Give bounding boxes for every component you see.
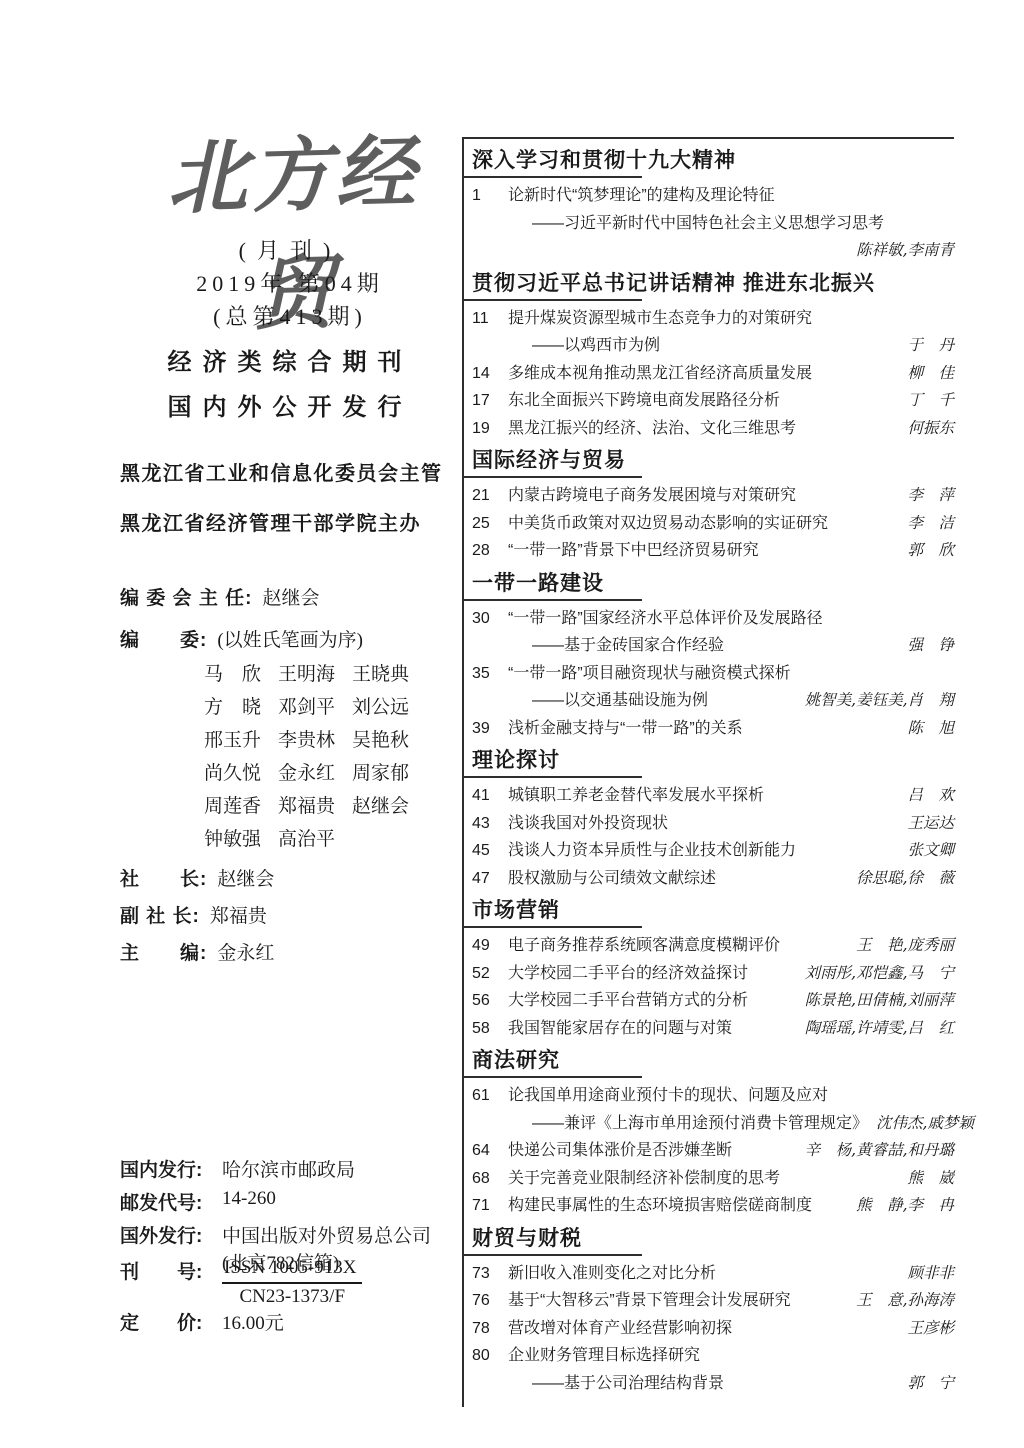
toc-entry: 41 城镇职工养老金替代率发展水平探析 吕 欢: [472, 782, 954, 810]
toc-section: 一带一路建设 30 “一带一路”国家经济水平总体评价及发展路径 ——基于金砖国家…: [472, 570, 954, 743]
toc-entry-main-row: 52 大学校园二手平台的经济效益探讨 刘雨彤,邓恺鑫,马 宁: [472, 960, 954, 988]
toc-entry-page-number: 39: [472, 715, 508, 743]
editorial-members-grid: 马 欣 王明海 王晓典 方 晓 邓剑平 刘公远 邢玉升 李贵林 吴艳秋 尚久悦 …: [204, 663, 444, 852]
toc-entry-title: 内蒙古跨境电子商务发展困境与对策研究: [508, 482, 796, 510]
toc-entry-title: 浅谈我国对外投资现状: [508, 810, 668, 838]
toc-entry-authors: 郭 欣: [899, 537, 954, 565]
issn-label: 刊 号:: [120, 1257, 212, 1284]
toc-entry-authors: 熊 崴: [899, 1165, 954, 1193]
issn-number: ISSN 1005-913X: [222, 1257, 362, 1284]
toc-entry-title: 黑龙江振兴的经济、法治、文化三维思考: [508, 415, 796, 443]
toc-entry-page-number: 28: [472, 537, 508, 565]
toc-entry-page-number: 41: [472, 782, 508, 810]
journal-category-line1: 经济类综合期刊: [120, 342, 460, 377]
issn-cn-fraction: ISSN 1005-913X CN23-1373/F: [222, 1257, 362, 1308]
toc-entry-page-number: 25: [472, 510, 508, 538]
toc-entry-list: 41 城镇职工养老金替代率发展水平探析 吕 欢 43 浅谈我国对外投资现状 王运…: [472, 782, 954, 892]
toc-entry-sub-authors: 强 铮: [899, 632, 954, 660]
toc-entry-authors: 陶瑶瑶,许靖雯,吕 红: [797, 1015, 954, 1043]
toc-entry: 30 “一带一路”国家经济水平总体评价及发展路径 ——基于金砖国家合作经验 强 …: [472, 605, 954, 660]
toc-section-heading: 深入学习和贯彻十九大精神: [472, 147, 954, 174]
toc-entry-title: 城镇职工养老金替代率发展水平探析: [508, 782, 764, 810]
board-member: 郑福贵: [278, 795, 352, 819]
journal-contents-page: { "colors": { "logo_gray": "#5e5e5e", "t…: [0, 0, 1024, 1448]
toc-section-underline: [464, 1076, 642, 1078]
toc-entry-title: 股权激励与公司绩效文献综述: [508, 865, 716, 893]
toc-entry-own-authors: 陈祥敏,李南青: [848, 237, 954, 265]
toc-section-heading: 国际经济与贸易: [472, 447, 954, 474]
toc-entry-authors: 辛 杨,黄睿喆,和丹璐: [797, 1137, 954, 1165]
price-value: 16.00元: [222, 1308, 284, 1335]
toc-section-heading: 财贸与财税: [472, 1225, 954, 1252]
domestic-distribution-label: 国内发行:: [120, 1155, 212, 1182]
toc-entry-main-row: 76 基于“大智移云”背景下管理会计发展研究 王 意,孙海涛: [472, 1287, 954, 1315]
journal-category-line2: 国内外公开发行: [120, 387, 460, 422]
toc-entry-main-row: 21 内蒙古跨境电子商务发展困境与对策研究 李 萍: [472, 482, 954, 510]
toc-entry-subtitle: ——基于公司治理结构背景: [532, 1370, 724, 1398]
toc-entry-main-row: 30 “一带一路”国家经济水平总体评价及发展路径: [472, 605, 954, 633]
journal-logo: 北方经贸: [125, 112, 462, 239]
toc-section-underline: [464, 176, 642, 178]
toc-section: 市场营销 49 电子商务推荐系统顾客满意度模糊评价 王 艳,庞秀丽 52 大学校…: [472, 897, 954, 1042]
toc-entry: 78 营改增对体育产业经营影响初探 王彦彬: [472, 1315, 954, 1343]
toc-entry-title: 浅析金融支持与“一带一路”的关系: [508, 715, 743, 743]
toc-entry-subtitle: ——以鸡西市为例: [532, 332, 660, 360]
toc-entry: 68 关于完善竞业限制经济补偿制度的思考 熊 崴: [472, 1165, 954, 1193]
toc-entry-title: 我国智能家居存在的问题与对策: [508, 1015, 732, 1043]
toc-entry: 35 “一带一路”项目融资现状与融资模式探析 ——以交通基础设施为例 姚智美,姜…: [472, 660, 954, 715]
president-row: 社 长:赵继会: [120, 864, 274, 891]
postal-code-label: 邮发代号:: [120, 1188, 212, 1215]
toc-entry-sub-row: ——以交通基础设施为例 姚智美,姜钰美,肖 翔: [472, 687, 954, 715]
toc-entry-authors: 柳 佳: [899, 360, 954, 388]
editorial-director-label: 编 委 会 主 任:: [120, 588, 252, 609]
toc-entry-title: 快递公司集体涨价是否涉嫌垄断: [508, 1137, 732, 1165]
toc-entry-sub-row: ——基于公司治理结构背景 郭 宁: [472, 1370, 954, 1398]
cn-number: CN23-1373/F: [222, 1284, 362, 1308]
toc-entry-authors: 徐思聪,徐 薇: [848, 865, 954, 893]
toc-entry-authors: 陈 旭: [899, 715, 954, 743]
toc-entry-title: “一带一路”国家经济水平总体评价及发展路径: [508, 605, 823, 633]
toc-entry-title: 关于完善竞业限制经济补偿制度的思考: [508, 1165, 780, 1193]
toc-entry: 58 我国智能家居存在的问题与对策 陶瑶瑶,许靖雯,吕 红: [472, 1015, 954, 1043]
issn-row: 刊 号: ISSN 1005-913X CN23-1373/F: [120, 1257, 362, 1308]
toc-section-heading: 理论探讨: [472, 747, 954, 774]
toc-entry-main-row: 78 营改增对体育产业经营影响初探 王彦彬: [472, 1315, 954, 1343]
toc-section-heading: 市场营销: [472, 897, 954, 924]
toc-entry-title: 大学校园二手平台营销方式的分析: [508, 987, 748, 1015]
toc-entry-list: 21 内蒙古跨境电子商务发展困境与对策研究 李 萍 25 中美货币政策对双边贸易…: [472, 482, 954, 565]
toc-entry-title: “一带一路”项目融资现状与融资模式探析: [508, 660, 791, 688]
toc-entry-page-number: 17: [472, 387, 508, 415]
price-label: 定 价:: [120, 1308, 212, 1335]
toc-entry-main-row: 47 股权激励与公司绩效文献综述 徐思聪,徐 薇: [472, 865, 954, 893]
board-member: 赵继会: [352, 795, 426, 819]
board-member: 钟敏强: [204, 828, 278, 852]
toc-section: 财贸与财税 73 新旧收入准则变化之对比分析 顾非非 76 基于“大智移云”背景…: [472, 1225, 954, 1398]
vice-president-name: 郑福贵: [210, 906, 267, 927]
toc-section: 深入学习和贯彻十九大精神 1 论新时代“筑梦理论”的建构及理论特征 ——习近平新…: [472, 147, 954, 265]
toc-entry-main-row: 64 快递公司集体涨价是否涉嫌垄断 辛 杨,黄睿喆,和丹璐: [472, 1137, 954, 1165]
domestic-distribution-row: 国内发行: 哈尔滨市邮政局: [120, 1155, 355, 1182]
toc-entry-main-row: 56 大学校园二手平台营销方式的分析 陈景艳,田倩楠,刘丽萍: [472, 987, 954, 1015]
toc-entry-authors: 王彦彬: [899, 1315, 954, 1343]
toc-entry-page-number: 56: [472, 987, 508, 1015]
chief-editor-name: 金永红: [217, 943, 274, 964]
toc-entry: 19 黑龙江振兴的经济、法治、文化三维思考 何振东: [472, 415, 954, 443]
toc-entry: 52 大学校园二手平台的经济效益探讨 刘雨彤,邓恺鑫,马 宁: [472, 960, 954, 988]
toc-entry-title: 论新时代“筑梦理论”的建构及理论特征: [508, 182, 775, 210]
toc-entry-main-row: 11 提升煤炭资源型城市生态竞争力的对策研究: [472, 305, 954, 333]
toc-entry-page-number: 71: [472, 1192, 508, 1220]
toc-entry-main-row: 71 构建民事属性的生态环境损害赔偿磋商制度 熊 静,李 冉: [472, 1192, 954, 1220]
toc-entry-page-number: 80: [472, 1342, 508, 1370]
toc-section-underline: [464, 776, 642, 778]
toc-entry-title: 构建民事属性的生态环境损害赔偿磋商制度: [508, 1192, 812, 1220]
toc-section: 国际经济与贸易 21 内蒙古跨境电子商务发展困境与对策研究 李 萍 25 中美货…: [472, 447, 954, 565]
table-of-contents: 深入学习和贯彻十九大精神 1 论新时代“筑梦理论”的建构及理论特征 ——习近平新…: [462, 137, 954, 1407]
chief-editor-label: 主 编:: [120, 943, 207, 964]
toc-entry-list: 1 论新时代“筑梦理论”的建构及理论特征 ——习近平新时代中国特色社会主义思想学…: [472, 182, 954, 265]
toc-entry-main-row: 68 关于完善竞业限制经济补偿制度的思考 熊 崴: [472, 1165, 954, 1193]
toc-entry-page-number: 49: [472, 932, 508, 960]
toc-entry-authors: 王 艳,庞秀丽: [848, 932, 954, 960]
toc-entry: 21 内蒙古跨境电子商务发展困境与对策研究 李 萍: [472, 482, 954, 510]
toc-entry: 64 快递公司集体涨价是否涉嫌垄断 辛 杨,黄睿喆,和丹璐: [472, 1137, 954, 1165]
president-label: 社 长:: [120, 869, 207, 890]
vice-president-label: 副 社 长:: [120, 906, 200, 927]
toc-entry-authors: 李 洁: [899, 510, 954, 538]
board-member: 李贵林: [278, 729, 352, 753]
toc-entry-page-number: 35: [472, 660, 508, 688]
toc-entry-sub-authors: 于 丹: [899, 332, 954, 360]
toc-entry-subtitle: ——兼评《上海市单用途预付消费卡管理规定》: [532, 1110, 868, 1138]
toc-entry-title: 多维成本视角推动黑龙江省经济高质量发展: [508, 360, 812, 388]
toc-section-underline: [464, 599, 642, 601]
toc-entry: 71 构建民事属性的生态环境损害赔偿磋商制度 熊 静,李 冉: [472, 1192, 954, 1220]
toc-entry-authors: 熊 静,李 冉: [848, 1192, 954, 1220]
toc-entry-main-row: 35 “一带一路”项目融资现状与融资模式探析: [472, 660, 954, 688]
board-member: 刘公远: [352, 696, 426, 720]
toc-section-heading: 一带一路建设: [472, 570, 954, 597]
toc-entry-main-row: 43 浅谈我国对外投资现状 王运达: [472, 810, 954, 838]
toc-entry-authors: 李 萍: [899, 482, 954, 510]
domestic-distribution-value: 哈尔滨市邮政局: [222, 1155, 355, 1182]
toc-entry-authors: 王 意,孙海涛: [848, 1287, 954, 1315]
chief-editor-row: 主 编:金永红: [120, 938, 274, 965]
toc-entry-page-number: 1: [472, 182, 508, 210]
vice-president-row: 副 社 长:郑福贵: [120, 901, 267, 928]
toc-entry: 11 提升煤炭资源型城市生态竞争力的对策研究 ——以鸡西市为例 于 丹: [472, 305, 954, 360]
toc-entry-title: 基于“大智移云”背景下管理会计发展研究: [508, 1287, 791, 1315]
toc-entry-authors: 刘雨彤,邓恺鑫,马 宁: [797, 960, 954, 988]
toc-entry-main-row: 61 论我国单用途商业预付卡的现状、问题及应对: [472, 1082, 954, 1110]
toc-entry-subtitle: ——习近平新时代中国特色社会主义思想学习思考: [532, 210, 884, 238]
toc-entry-page-number: 43: [472, 810, 508, 838]
board-member: 吴艳秋: [352, 729, 426, 753]
toc-entry-title: “一带一路”背景下中巴经济贸易研究: [508, 537, 759, 565]
board-member: 金永红: [278, 762, 352, 786]
toc-entry: 43 浅谈我国对外投资现状 王运达: [472, 810, 954, 838]
toc-entry-page-number: 73: [472, 1260, 508, 1288]
toc-entry-title: 营改增对体育产业经营影响初探: [508, 1315, 732, 1343]
editorial-director-row: 编 委 会 主 任:赵继会: [120, 583, 319, 610]
toc-entry: 76 基于“大智移云”背景下管理会计发展研究 王 意,孙海涛: [472, 1287, 954, 1315]
toc-entry-main-row: 17 东北全面振兴下跨境电商发展路径分析 丁 千: [472, 387, 954, 415]
toc-entry: 47 股权激励与公司绩效文献综述 徐思聪,徐 薇: [472, 865, 954, 893]
toc-section-underline: [464, 476, 642, 478]
board-member: 周莲香: [204, 795, 278, 819]
toc-entry-authors: 何振东: [899, 415, 954, 443]
board-member: 高治平: [278, 828, 352, 852]
toc-entry: 73 新旧收入准则变化之对比分析 顾非非: [472, 1260, 954, 1288]
toc-entry-authors: 王运达: [899, 810, 954, 838]
toc-entry-sub-authors: 沈伟杰,戚梦颖: [868, 1110, 974, 1138]
board-member: 马 欣: [204, 663, 278, 687]
toc-entry-page-number: 47: [472, 865, 508, 893]
toc-entry-sub-authors: 姚智美,姜钰美,肖 翔: [797, 687, 954, 715]
board-member: 尚久悦: [204, 762, 278, 786]
journal-organizer: 黑龙江省经济管理干部学院主办: [120, 507, 421, 536]
toc-entry: 28 “一带一路”背景下中巴经济贸易研究 郭 欣: [472, 537, 954, 565]
toc-entry-authors: 丁 千: [899, 387, 954, 415]
toc-entry-author-row: 陈祥敏,李南青: [472, 237, 954, 265]
toc-entry: 49 电子商务推荐系统顾客满意度模糊评价 王 艳,庞秀丽: [472, 932, 954, 960]
board-member: 王明海: [278, 663, 352, 687]
toc-entry-list: 30 “一带一路”国家经济水平总体评价及发展路径 ——基于金砖国家合作经验 强 …: [472, 605, 954, 743]
toc-section-underline: [464, 1254, 642, 1256]
toc-entry-page-number: 64: [472, 1137, 508, 1165]
toc-entry-title: 浅谈人力资本异质性与企业技术创新能力: [508, 837, 796, 865]
board-member: 邢玉升: [204, 729, 278, 753]
postal-code-value: 14-260: [222, 1188, 276, 1215]
toc-entry-list: 49 电子商务推荐系统顾客满意度模糊评价 王 艳,庞秀丽 52 大学校园二手平台…: [472, 932, 954, 1042]
journal-supervisor: 黑龙江省工业和信息化委员会主管: [120, 457, 443, 486]
journal-cumulative-issue: (总第413期): [120, 300, 460, 331]
toc-entry-main-row: 39 浅析金融支持与“一带一路”的关系 陈 旭: [472, 715, 954, 743]
board-member: 王晓典: [352, 663, 426, 687]
toc-entry-page-number: 52: [472, 960, 508, 988]
editorial-committee-note: (以姓氏笔画为序): [217, 630, 363, 651]
toc-entry: 1 论新时代“筑梦理论”的建构及理论特征 ——习近平新时代中国特色社会主义思想学…: [472, 182, 954, 265]
journal-issue-number: 2019年 第04期: [120, 267, 460, 298]
toc-section-heading: 贯彻习近平总书记讲话精神 推进东北振兴: [472, 270, 954, 297]
toc-entry-title: 新旧收入准则变化之对比分析: [508, 1260, 716, 1288]
toc-entry-main-row: 41 城镇职工养老金替代率发展水平探析 吕 欢: [472, 782, 954, 810]
toc-section-underline: [464, 926, 642, 928]
editorial-committee-row: 编 委:(以姓氏笔画为序): [120, 625, 363, 652]
toc-entry-list: 11 提升煤炭资源型城市生态竞争力的对策研究 ——以鸡西市为例 于 丹 14 多…: [472, 305, 954, 443]
toc-entry-page-number: 58: [472, 1015, 508, 1043]
toc-entry: 17 东北全面振兴下跨境电商发展路径分析 丁 千: [472, 387, 954, 415]
toc-section: 贯彻习近平总书记讲话精神 推进东北振兴 11 提升煤炭资源型城市生态竞争力的对策…: [472, 270, 954, 443]
board-member: 邓剑平: [278, 696, 352, 720]
toc-entry-title: 提升煤炭资源型城市生态竞争力的对策研究: [508, 305, 812, 333]
toc-entry-page-number: 19: [472, 415, 508, 443]
toc-entry-page-number: 21: [472, 482, 508, 510]
board-member: 方 晓: [204, 696, 278, 720]
toc-entry-main-row: 58 我国智能家居存在的问题与对策 陶瑶瑶,许靖雯,吕 红: [472, 1015, 954, 1043]
toc-entry-sub-row: ——以鸡西市为例 于 丹: [472, 332, 954, 360]
toc-entry-authors: 陈景艳,田倩楠,刘丽萍: [797, 987, 954, 1015]
toc-entry-list: 73 新旧收入准则变化之对比分析 顾非非 76 基于“大智移云”背景下管理会计发…: [472, 1260, 954, 1398]
toc-entry-authors: 顾非非: [899, 1260, 954, 1288]
toc-entry-page-number: 78: [472, 1315, 508, 1343]
board-member: 周家郁: [352, 762, 426, 786]
toc-entry-sub-row: ——兼评《上海市单用途预付消费卡管理规定》 沈伟杰,戚梦颖: [472, 1110, 954, 1138]
toc-entry-main-row: 1 论新时代“筑梦理论”的建构及理论特征: [472, 182, 954, 210]
toc-entry-authors: 吕 欢: [899, 782, 954, 810]
toc-entry-page-number: 30: [472, 605, 508, 633]
toc-entry-subtitle: ——以交通基础设施为例: [532, 687, 708, 715]
toc-entry-title: 中美货币政策对双边贸易动态影响的实证研究: [508, 510, 828, 538]
president-name: 赵继会: [217, 869, 274, 890]
toc-entry-main-row: 25 中美货币政策对双边贸易动态影响的实证研究 李 洁: [472, 510, 954, 538]
toc-entry-main-row: 49 电子商务推荐系统顾客满意度模糊评价 王 艳,庞秀丽: [472, 932, 954, 960]
foreign-distributor: 中国出版对外贸易总公司: [222, 1226, 431, 1247]
toc-section: 商法研究 61 论我国单用途商业预付卡的现状、问题及应对 ——兼评《上海市单用途…: [472, 1047, 954, 1220]
toc-section: 理论探讨 41 城镇职工养老金替代率发展水平探析 吕 欢 43 浅谈我国对外投资…: [472, 747, 954, 892]
toc-entry-main-row: 45 浅谈人力资本异质性与企业技术创新能力 张文卿: [472, 837, 954, 865]
toc-entry-page-number: 68: [472, 1165, 508, 1193]
toc-section-heading: 商法研究: [472, 1047, 954, 1074]
toc-entry: 25 中美货币政策对双边贸易动态影响的实证研究 李 洁: [472, 510, 954, 538]
editorial-committee-label: 编 委:: [120, 630, 207, 651]
toc-entry-main-row: 19 黑龙江振兴的经济、法治、文化三维思考 何振东: [472, 415, 954, 443]
toc-entry-subtitle: ——基于金砖国家合作经验: [532, 632, 724, 660]
price-row: 定 价: 16.00元: [120, 1308, 284, 1335]
toc-entry-sub-row: ——习近平新时代中国特色社会主义思想学习思考: [472, 210, 954, 238]
toc-entry-sub-authors: 郭 宁: [899, 1370, 954, 1398]
toc-entry: 14 多维成本视角推动黑龙江省经济高质量发展 柳 佳: [472, 360, 954, 388]
toc-entry-main-row: 14 多维成本视角推动黑龙江省经济高质量发展 柳 佳: [472, 360, 954, 388]
toc-entry: 45 浅谈人力资本异质性与企业技术创新能力 张文卿: [472, 837, 954, 865]
toc-entry: 61 论我国单用途商业预付卡的现状、问题及应对 ——兼评《上海市单用途预付消费卡…: [472, 1082, 954, 1137]
editorial-director-name: 赵继会: [262, 588, 319, 609]
toc-entry-page-number: 14: [472, 360, 508, 388]
toc-section-underline: [464, 299, 642, 301]
toc-entry-page-number: 45: [472, 837, 508, 865]
toc-entry: 39 浅析金融支持与“一带一路”的关系 陈 旭: [472, 715, 954, 743]
toc-entry-main-row: 73 新旧收入准则变化之对比分析 顾非非: [472, 1260, 954, 1288]
toc-entry-main-row: 28 “一带一路”背景下中巴经济贸易研究 郭 欣: [472, 537, 954, 565]
toc-entry-title: 大学校园二手平台的经济效益探讨: [508, 960, 748, 988]
toc-entry-page-number: 11: [472, 305, 508, 333]
toc-entry-title: 电子商务推荐系统顾客满意度模糊评价: [508, 932, 780, 960]
toc-entry-title: 企业财务管理目标选择研究: [508, 1342, 700, 1370]
toc-entry-title: 论我国单用途商业预付卡的现状、问题及应对: [508, 1082, 828, 1110]
toc-entry-authors: 张文卿: [899, 837, 954, 865]
toc-entry: 56 大学校园二手平台营销方式的分析 陈景艳,田倩楠,刘丽萍: [472, 987, 954, 1015]
toc-entry-main-row: 80 企业财务管理目标选择研究: [472, 1342, 954, 1370]
postal-code-row: 邮发代号: 14-260: [120, 1188, 276, 1215]
toc-entry-page-number: 76: [472, 1287, 508, 1315]
journal-frequency: (月刊): [120, 234, 460, 265]
toc-entry: 80 企业财务管理目标选择研究 ——基于公司治理结构背景 郭 宁: [472, 1342, 954, 1397]
toc-entry-list: 61 论我国单用途商业预付卡的现状、问题及应对 ——兼评《上海市单用途预付消费卡…: [472, 1082, 954, 1220]
toc-entry-title: 东北全面振兴下跨境电商发展路径分析: [508, 387, 780, 415]
toc-entry-sub-row: ——基于金砖国家合作经验 强 铮: [472, 632, 954, 660]
toc-entry-page-number: 61: [472, 1082, 508, 1110]
